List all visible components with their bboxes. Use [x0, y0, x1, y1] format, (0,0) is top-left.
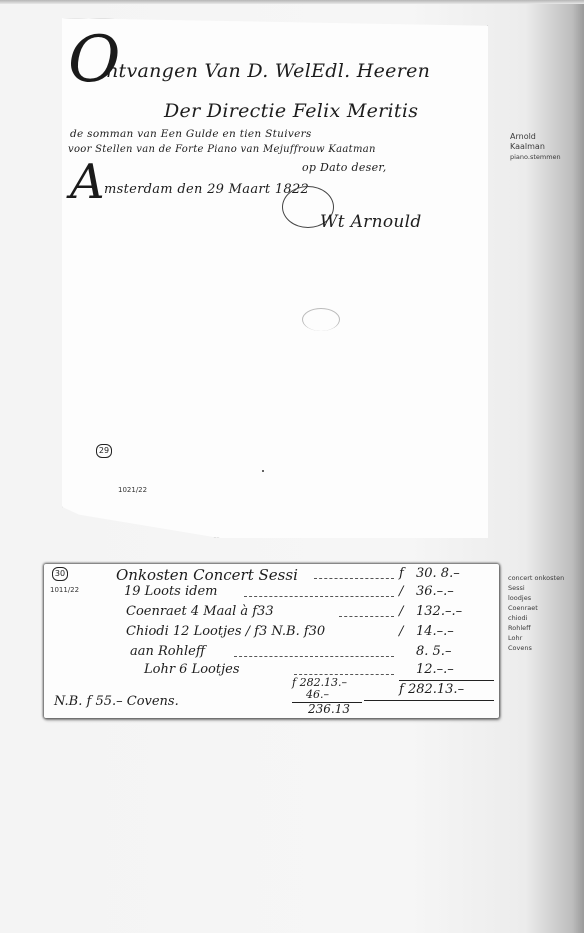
grand-total: f 282.13.– — [399, 682, 464, 697]
margin-note-line: Rohleff — [508, 623, 564, 633]
leader-dots — [294, 674, 394, 675]
margin-note-line: Kaalman — [510, 142, 561, 152]
ledger-amount: 14.–.– — [416, 624, 486, 639]
ledger-description: Chiodi 12 Lootjes / f3 N.B. f30 — [126, 624, 325, 639]
leader-dots — [314, 578, 394, 579]
ink-speck — [262, 470, 264, 472]
ledger-amount: 8. 5.– — [416, 644, 486, 659]
margin-note-line: Coenraet — [508, 603, 564, 613]
paper-mark — [302, 308, 340, 331]
margin-note-line: concert onkosten — [508, 573, 564, 583]
margin-note-line: Arnold — [510, 132, 561, 142]
inventory-ref-29: 1021/22 — [118, 486, 147, 494]
margin-note-line: Covens — [508, 643, 564, 653]
sum-rule — [399, 680, 494, 681]
receipt-sheet-30: 30 1011/22 Onkosten Concert Sessi f 30. … — [44, 564, 499, 718]
margin-note-29: Arnold Kaalman piano.stemmen — [510, 132, 561, 162]
receipt-line-2: Der Directie Felix Meritis — [164, 100, 418, 122]
ledger-description: aan Rohleff — [130, 644, 205, 659]
ledger-mark: / — [399, 604, 403, 619]
page-stamp-29: 29 — [96, 444, 112, 458]
ledger-description: 19 Loots idem — [124, 584, 218, 599]
receipt-line-4: voor Stellen van de Forte Piano van Meju… — [68, 144, 376, 155]
margin-note-line: piano.stemmen — [510, 152, 561, 162]
receipt-date-line: msterdam den 29 Maart 1822 — [104, 182, 309, 197]
ledger-row: Onkosten Concert Sessi f 30. 8.– — [44, 566, 499, 584]
ledger-row: 19 Loots idem / 36.–.– — [44, 584, 499, 602]
ledger-row: Chiodi 12 Lootjes / f3 N.B. f30 / 14.–.– — [44, 624, 499, 642]
receipt-line-3: de somman van Een Gulde en tien Stuivers — [70, 128, 312, 140]
ledger-row: Lohr 6 Lootjes 12.–.– — [44, 662, 499, 680]
margin-note-line: Sessi — [508, 583, 564, 593]
ledger-mark: / — [399, 624, 403, 639]
margin-note-30: concert onkosten Sessi loodjes Coenraet … — [508, 573, 564, 653]
footnote: N.B. f 55.– Covens. — [54, 694, 179, 709]
net-total: 236.13 — [308, 702, 350, 716]
leader-dots — [234, 656, 394, 657]
ledger-amount: 132.–.– — [416, 604, 486, 619]
ledger-description: Lohr 6 Lootjes — [144, 662, 240, 677]
ledger-row: Coenraet 4 Maal à f33 / 132.–.– — [44, 604, 499, 622]
margin-note-line: chiodi — [508, 613, 564, 623]
ledger-description: Coenraet 4 Maal à f33 — [126, 604, 274, 619]
scan-top-edge — [0, 0, 584, 4]
margin-note-line: loodjes — [508, 593, 564, 603]
receipt-sheet-29: O ntvangen Van D. WelEdl. Heeren Der Dir… — [62, 18, 488, 538]
margin-note-line: Lohr — [508, 633, 564, 643]
leader-dots — [244, 596, 394, 597]
receipt-line-5: op Dato deser, — [302, 161, 387, 174]
ledger-row: aan Rohleff 8. 5.– — [44, 644, 499, 662]
ledger-description: Onkosten Concert Sessi — [116, 566, 298, 584]
ledger-amount: 12.–.– — [416, 662, 486, 677]
ledger-amount: 36.–.– — [416, 584, 486, 599]
ledger-mark: / — [399, 584, 403, 599]
leader-dots — [339, 616, 394, 617]
decorative-initial-a: A — [70, 158, 105, 206]
ledger-amount: 30. 8.– — [416, 566, 486, 581]
signature: Wt Arnould — [320, 212, 422, 232]
ledger-mark: f — [399, 566, 404, 581]
deduction: 46.– — [306, 688, 329, 701]
grand-total-rule — [364, 700, 494, 701]
receipt-line-1: ntvangen Van D. WelEdl. Heeren — [106, 60, 430, 82]
